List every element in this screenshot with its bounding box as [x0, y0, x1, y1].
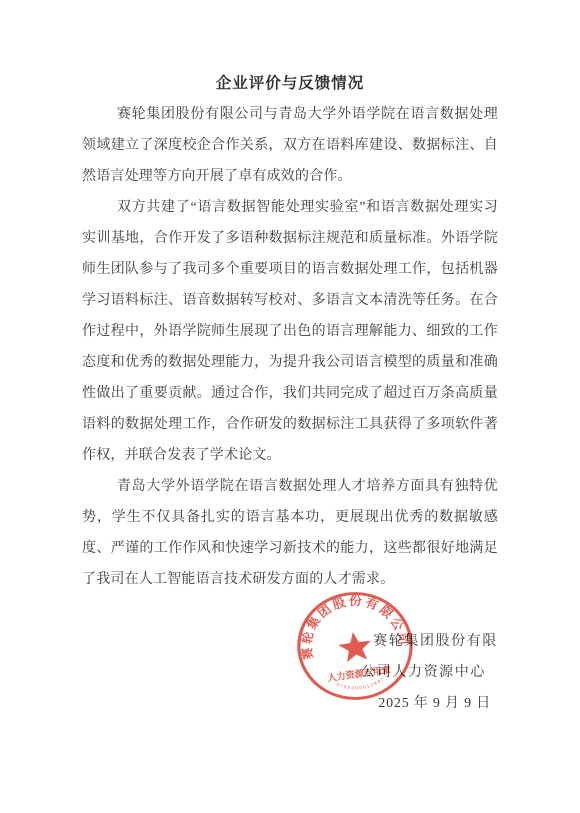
document-title: 企业评价与反馈情况: [0, 0, 580, 96]
signature-org-line-1: 赛轮集团股份有限: [82, 626, 498, 657]
signature-block: 赛轮集团股份有限 公司人力资源中心 2025 年 9 月 9 日: [82, 626, 498, 719]
star-icon: [337, 630, 374, 663]
signature-date: 2025 年 9 月 9 日: [82, 688, 498, 719]
document-page: 企业评价与反馈情况 赛轮集团股份有限公司与青岛大学外语学院在语言数据处理领域建立…: [0, 0, 580, 813]
paragraph-3: 青岛大学外语学院在语言数据处理人才培养方面具有独特优势，学生不仅具备扎实的语言基…: [82, 471, 498, 595]
paragraph-1: 赛轮集团股份有限公司与青岛大学外语学院在语言数据处理领域建立了深度校企合作关系，…: [82, 99, 498, 192]
document-body: 赛轮集团股份有限公司与青岛大学外语学院在语言数据处理领域建立了深度校企合作关系，…: [82, 99, 498, 595]
paragraph-2: 双方共建了“语言数据智能处理实验室”和语言数据处理实习实训基地，合作开发了多语种…: [82, 192, 498, 471]
signature-org-line-2: 公司人力资源中心: [82, 657, 498, 688]
company-seal-stamp: 赛轮集团股份有限公司 人力资源专用章 3702000612847: [294, 589, 416, 703]
